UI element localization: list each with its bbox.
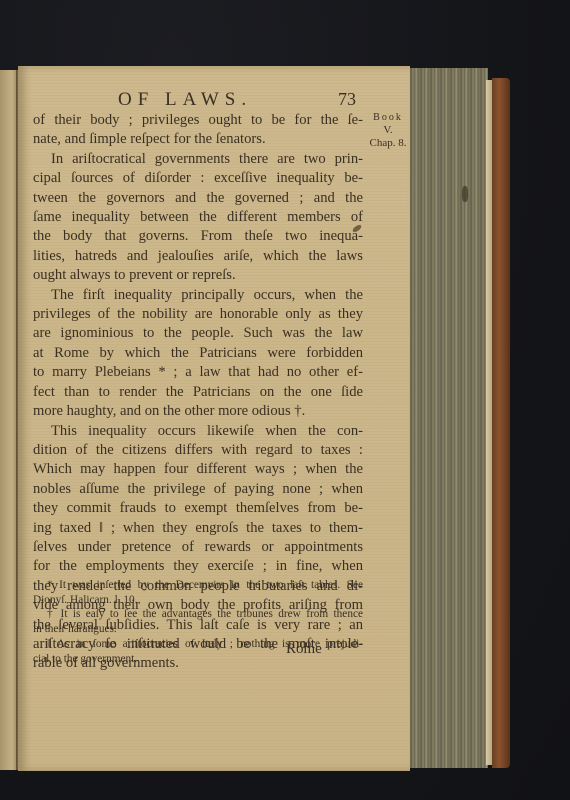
body-line: nate, and ſimple reſpect for the ſenator…: [33, 130, 363, 149]
footnote-line: Dionyſ. Halicarn. l. 10.: [33, 593, 363, 608]
footnote-line: in their harangues.: [33, 622, 363, 637]
footnote-line: * It was inſerted by the Decemvirs in th…: [33, 578, 363, 593]
body-line: dition of the citizens differs with rega…: [33, 441, 363, 460]
page-number: 73: [338, 89, 356, 110]
body-line: nobles aſſume the privilege of paying no…: [33, 480, 363, 499]
body-line: ought always to prevent or repreſs.: [33, 266, 363, 285]
margin-note-volume: V.: [367, 124, 409, 137]
body-line: This inequality occurs likewiſe when the…: [33, 422, 363, 441]
body-line: are ignominious to the people. Such was …: [33, 324, 363, 343]
body-line: Which may happen four different ways ; w…: [33, 460, 363, 479]
body-line: to marry Plebeians * ; a law that had no…: [33, 363, 363, 382]
body-line: ing taxed ‖ ; when they engroſs the taxe…: [33, 519, 363, 538]
body-line: they commit frauds to exempt themſelves …: [33, 499, 363, 518]
margin-note: Book V. Chap. 8.: [367, 111, 409, 150]
page-fore-edge: [408, 68, 488, 768]
body-line: of their body ; privileges ought to be f…: [33, 111, 363, 130]
body-line: In ariſtocratical governments there are …: [33, 150, 363, 169]
body-line: The firſt inequality principally occurs,…: [33, 286, 363, 305]
catchword: Rome: [286, 641, 322, 658]
body-line: for the employments they exerciſe ; in f…: [33, 557, 363, 576]
body-line: more haughty, and on the other more odio…: [33, 402, 363, 421]
margin-note-chapter: Chap. 8.: [367, 137, 409, 150]
margin-note-book: Book: [367, 111, 409, 124]
stain-mark: [462, 186, 468, 202]
body-line: tween the governors and the governed ; a…: [33, 189, 363, 208]
body-line: lities, hatreds and jealouſies ariſe, wh…: [33, 247, 363, 266]
footnote-line: † It is eaſy to ſee the advantages the t…: [33, 607, 363, 622]
body-line: ſelves under pretence of rewards or appo…: [33, 538, 363, 557]
leather-binding: [492, 78, 510, 768]
body-line: cipal ſources of diſorder : exceſſive in…: [33, 169, 363, 188]
body-line: fect than to render the Patricians on th…: [33, 383, 363, 402]
body-line: the body that governs. From theſe two in…: [33, 227, 363, 246]
body-line: at Rome by which the Patricians were for…: [33, 344, 363, 363]
body-line: ſame inequality between the different me…: [33, 208, 363, 227]
running-head: OF LAWS.: [118, 89, 252, 111]
body-line: privileges of the nobility are honorable…: [33, 305, 363, 324]
